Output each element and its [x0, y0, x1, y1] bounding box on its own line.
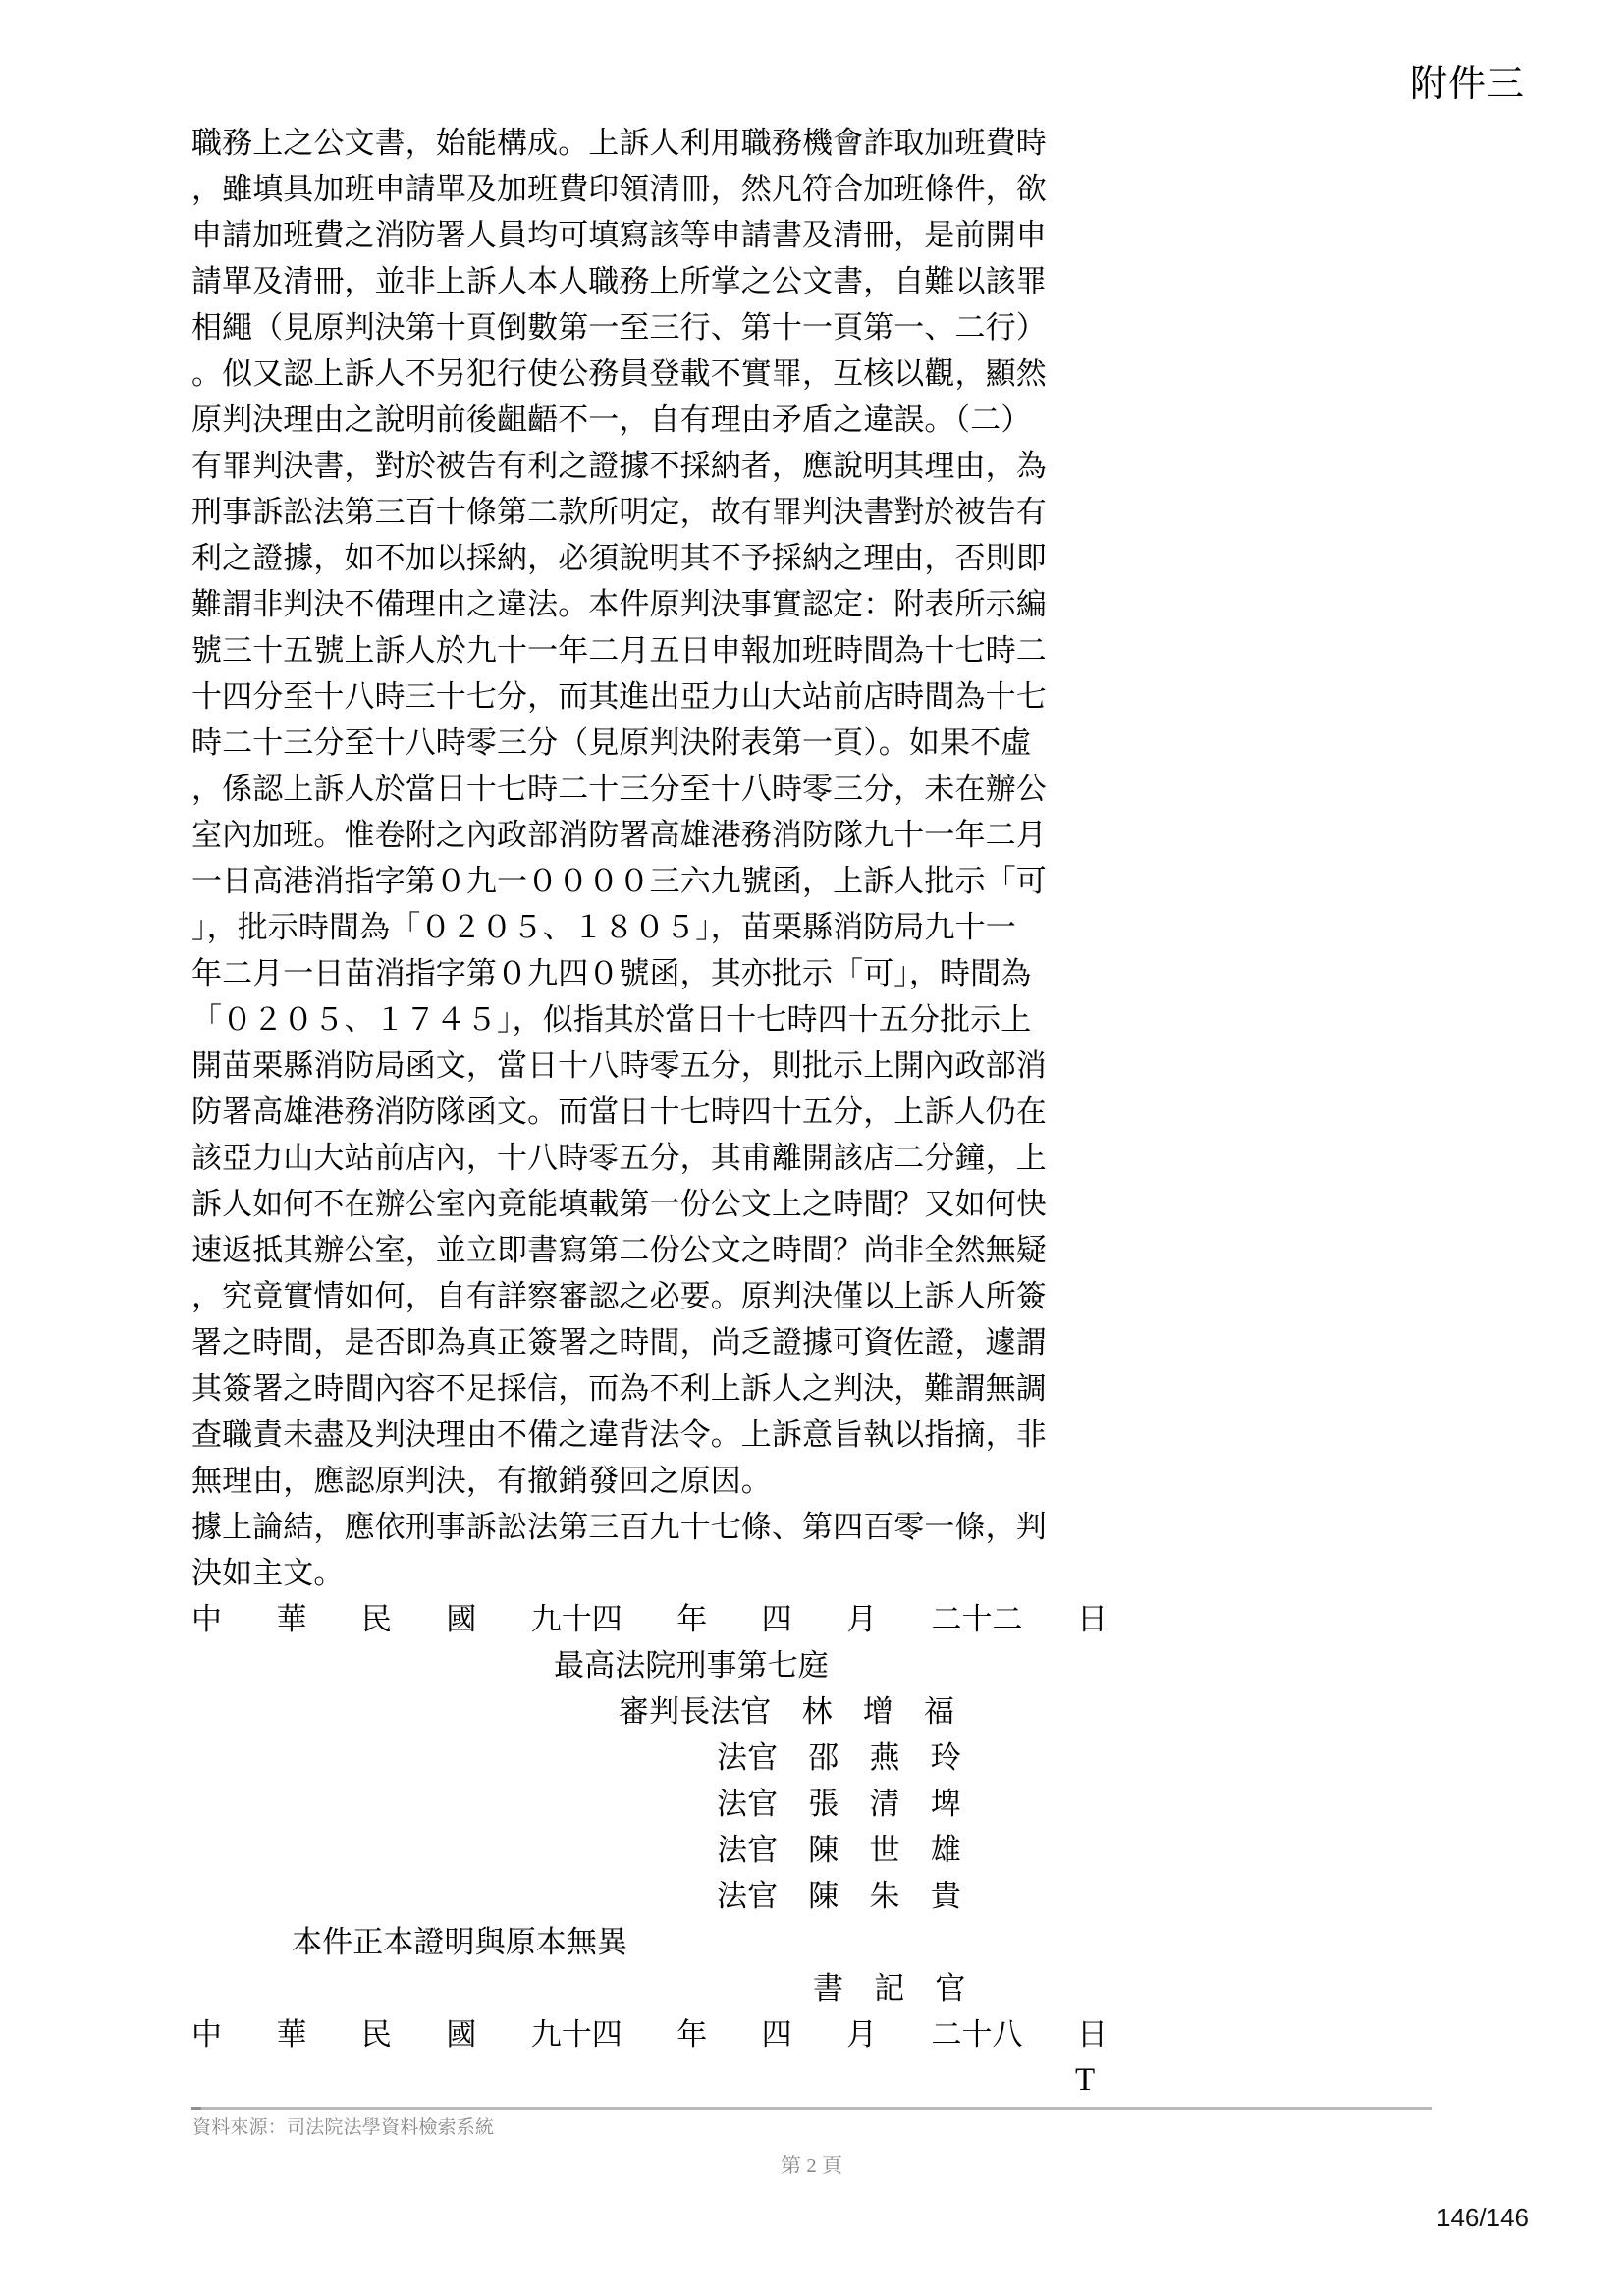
judge-line: 法官 陳 朱 貴: [191, 1873, 1109, 1919]
judge-line: 法官 張 清 埤: [191, 1781, 1109, 1827]
date-segment: 國: [446, 1596, 476, 1642]
date-segment: 九十四: [531, 2011, 622, 2057]
pagination: 146/146: [1436, 2203, 1529, 2233]
body-line: 決如主文。: [191, 1550, 1109, 1596]
date-segment: 華: [276, 1596, 306, 1642]
body-line: 查職責未盡及判決理由不備之違背法令。上訴意旨執以指摘，非: [191, 1412, 1109, 1458]
date-segment: 年: [676, 2011, 707, 2057]
date-segment: 華: [276, 2011, 306, 2057]
judge-line: 法官 陳 世 雄: [191, 1827, 1109, 1873]
body-line: 其簽署之時間內容不足採信，而為不利上訴人之判決，難謂無調: [191, 1365, 1109, 1412]
body-line: 防署高雄港務消防隊函文。而當日十七時四十五分，上訴人仍在: [191, 1089, 1109, 1135]
page-number: 第 2 頁: [191, 2150, 1432, 2179]
body-line: ，究竟實情如何，自有詳察審認之必要。原判決僅以上訴人所簽: [191, 1273, 1109, 1319]
date-segment: 四: [762, 1596, 792, 1642]
date-segment: 中: [191, 1596, 222, 1642]
body-line: 刑事訴訟法第三百十條第二款所明定，故有罪判決書對於被告有: [191, 489, 1109, 535]
body-line: 速返抵其辦公室，並立即書寫第二份公文之時間？尚非全然無疑: [191, 1227, 1109, 1273]
body-line: 號三十五號上訴人於九十一年二月五日申報加班時間為十七時二: [191, 627, 1109, 673]
body-line: 署之時間，是否即為真正簽署之時間，尚乏證據可資佐證，遽謂: [191, 1319, 1109, 1365]
source-note: 資料來源：司法院法學資料檢索系統: [192, 2112, 494, 2139]
certification-line: 本件正本證明與原本無異: [191, 1919, 1109, 1965]
body-line: 」，批示時間為「０２０５、１８０５」，苗栗縣消防局九十一: [191, 904, 1109, 950]
footer-divider-cap: [191, 2107, 201, 2110]
body-line: 利之證據，如不加以採納，必須說明其不予採納之理由，否則即: [191, 535, 1109, 581]
date-segment: 年: [676, 1596, 707, 1642]
body-line: 。似又認上訴人不另犯行使公務員登載不實罪，互核以觀，顯然: [191, 350, 1109, 397]
body-line: 「０２０５、１７４５」，似指其於當日十七時四十五分批示上: [191, 996, 1109, 1042]
body-line: 無理由，應認原判決，有撤銷發回之原因。: [191, 1458, 1109, 1504]
footer-divider: [191, 2107, 1432, 2110]
date-segment: 日: [1077, 2011, 1108, 2057]
date-segment: 月: [846, 1596, 877, 1642]
body-line: 室內加班。惟卷附之內政部消防署高雄港務消防隊九十一年二月: [191, 812, 1109, 858]
judgment-page: 附件三 職務上之公文書，始能構成。上訴人利用職務機會詐取加班費時 ，雖填具加班申…: [0, 0, 1623, 2296]
body-line: 十四分至十八時三十七分，而其進出亞力山大站前店時間為十七: [191, 673, 1109, 720]
date-segment: 中: [191, 2011, 222, 2057]
certified-copy-date-line: 中 華 民 國 九十四 年 四 月 二十八 日: [191, 2011, 1108, 2057]
clerk-line: 書 記 官: [191, 1965, 1109, 2011]
date-segment: 四: [762, 2011, 792, 2057]
date-segment: 日: [1077, 1596, 1108, 1642]
body-line: 一日高港消指字第０九一００００三六九號函，上訴人批示「可: [191, 858, 1109, 904]
date-segment: 二十八: [932, 2011, 1023, 2057]
attachment-label: 附件三: [1410, 53, 1525, 107]
judgment-text-block: 職務上之公文書，始能構成。上訴人利用職務機會詐取加班費時 ，雖填具加班申請單及加…: [191, 120, 1109, 2104]
body-line: 請單及清冊，並非上訴人本人職務上所掌之公文書，自難以該罪: [191, 258, 1109, 304]
body-line: 開苗栗縣消防局函文，當日十八時零五分，則批示上開內政部消: [191, 1042, 1109, 1089]
court-line: 最高法院刑事第七庭: [191, 1642, 1109, 1688]
judge-line: 法官 邵 燕 玲: [191, 1735, 1109, 1781]
body-line: 原判決理由之說明前後齟齬不一，自有理由矛盾之違誤。（二）: [191, 397, 1109, 443]
body-line: 年二月一日苗消指字第０九四０號函，其亦批示「可」，時間為: [191, 950, 1109, 996]
date-segment: 民: [361, 1596, 392, 1642]
body-line: 難謂非判決不備理由之違法。本件原判決事實認定：附表所示編: [191, 581, 1109, 627]
body-line: ，雖填具加班申請單及加班費印領清冊，然凡符合加班條件，欲: [191, 166, 1109, 212]
body-line: 職務上之公文書，始能構成。上訴人利用職務機會詐取加班費時: [191, 120, 1109, 166]
body-line: 該亞力山大站前店內，十八時零五分，其甫離開該店二分鐘，上: [191, 1135, 1109, 1181]
date-segment: 二十二: [932, 1596, 1023, 1642]
date-segment: 九十四: [531, 1596, 622, 1642]
body-line: 有罪判決書，對於被告有利之證據不採納者，應說明其理由，為: [191, 443, 1109, 489]
body-line: 據上論結，應依刑事訴訟法第三百九十七條、第四百零一條，判: [191, 1504, 1109, 1550]
body-line: 訴人如何不在辦公室內竟能填載第一份公文上之時間？又如何快: [191, 1181, 1109, 1227]
body-line: 時二十三分至十八時零三分（見原判決附表第一頁）。如果不虛: [191, 720, 1109, 766]
body-line: ，係認上訴人於當日十七時二十三分至十八時零三分，未在辦公: [191, 766, 1109, 812]
presiding-judge-line: 審判長法官 林 增 福: [191, 1688, 1109, 1735]
date-segment: 民: [361, 2011, 392, 2057]
date-segment: 月: [846, 2011, 877, 2057]
judgment-date-line: 中 華 民 國 九十四 年 四 月 二十二 日: [191, 1596, 1108, 1642]
date-segment: 國: [446, 2011, 476, 2057]
body-line: 申請加班費之消防署人員均可填寫該等申請書及清冊，是前開申: [191, 212, 1109, 258]
trailing-char: T: [191, 2057, 1109, 2104]
body-line: 相繩（見原判決第十頁倒數第一至三行、第十一頁第一、二行）: [191, 304, 1109, 350]
